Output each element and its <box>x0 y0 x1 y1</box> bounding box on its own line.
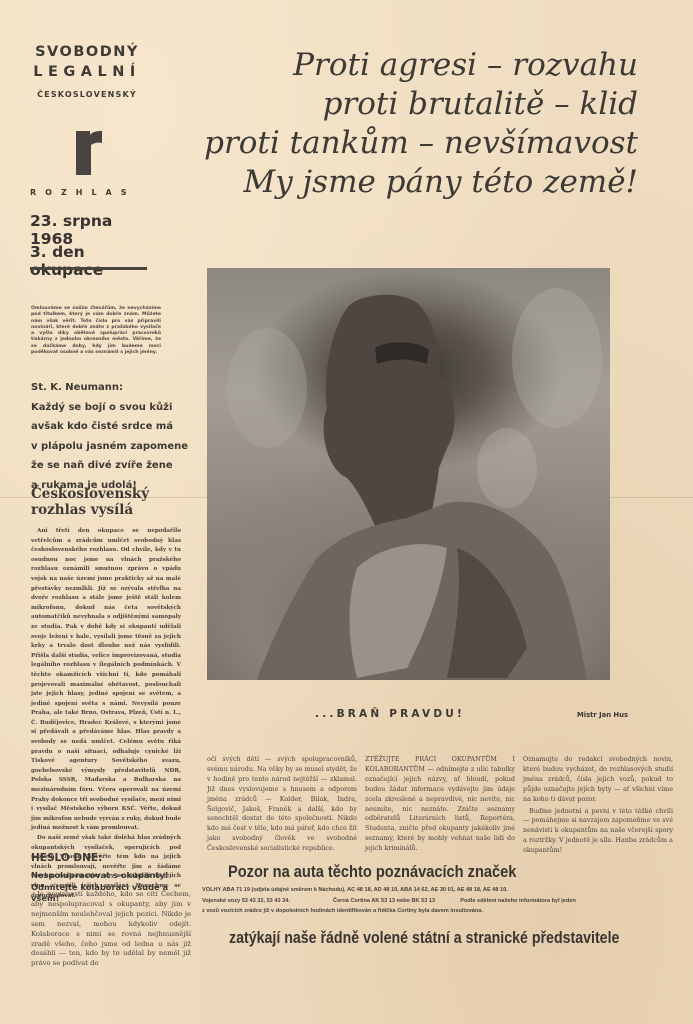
column-1: očí svých dětí — svých spolupracovníků, … <box>207 755 357 854</box>
column-2: ZTĚŽUJTE PRÁCI OKUPANTŮM I KOLABORANTŮM … <box>365 755 515 854</box>
license-plates-title: Pozor na auta těchto poznávacích značek <box>228 862 516 882</box>
masthead: SVOBODNÝ LEGALNÍ ČESKOSLOVENSKÝ <box>28 44 146 99</box>
headline-line: proti tankům – nevšímavost <box>200 124 638 163</box>
masthead-line-svobodny: SVOBODNÝ <box>28 44 146 60</box>
footer-headline: zatýkají naše řádně volené státní a stra… <box>229 929 619 948</box>
masthead-divider <box>30 267 147 270</box>
photo-credit: Mistr Jan Hus <box>577 711 628 719</box>
plates-row: VOLHY ABA 71 19 (odjela údajně směrem k … <box>202 885 682 896</box>
bust-silhouette-icon <box>207 268 610 680</box>
headline-line: My jsme pány této země! <box>200 163 638 202</box>
column-paragraph: Buďme jednotní a pevní v této těžké chví… <box>523 807 673 857</box>
apology-notice: Omlouváme se našim čtenářům, že nevycház… <box>31 306 161 356</box>
poem-line: Každý se bojí o svou kůži <box>31 398 191 418</box>
poem-line: avšak kdo čisté srdce má <box>31 417 191 437</box>
column-paragraph: očí svých dětí — svých spolupracovníků, … <box>207 755 357 854</box>
plates-informant: Podle sdělení našeho informátora byl jed… <box>460 898 576 904</box>
masthead-line-ceskoslovensky: ČESKOSLOVENSKÝ <box>28 90 146 99</box>
headline-line: Proti agresi – rozvahu <box>200 46 638 85</box>
article-title: Československý rozhlas vysílá <box>31 486 191 518</box>
motto-body: Je povinností každého, kdo se cítí Čeche… <box>31 890 191 969</box>
article-title-line: Československý <box>31 486 191 502</box>
article-paragraph: Ani třetí den okupace se nepodařilo vetř… <box>31 527 181 834</box>
poem-author: St. K. Neumann: <box>31 378 191 398</box>
poem-line: v plápolu jasném zapomene <box>31 437 191 457</box>
plates-row: Vojenské vozy 53 43 32, 53 43 34. Černá … <box>202 896 682 907</box>
plates-cortina: Černá Cortina AK 53 13 nebo BK 53 13 <box>333 898 435 904</box>
column-3: Oznamujte do redakcí svobodných novin, k… <box>523 755 673 856</box>
plates-military: Vojenské vozy 53 43 32, 53 43 34. <box>202 898 290 904</box>
masthead-line-legalni: LEGALNÍ <box>28 64 146 80</box>
column-paragraph: Oznamujte do redakcí svobodných novin, k… <box>523 755 673 805</box>
column-paragraph: ZTĚŽUJTE PRÁCI OKUPANTŮM I KOLABORANTŮM … <box>365 755 515 854</box>
license-plates-list: VOLHY ABA 71 19 (odjela údajně směrem k … <box>202 885 682 917</box>
radio-r-logo-icon <box>76 131 102 175</box>
main-headline: Proti agresi – rozvahu proti brutalitě –… <box>200 46 638 202</box>
poem-line: že se naň divé zvíře žene <box>31 456 191 476</box>
occupation-day: 3. den okupace <box>30 243 150 279</box>
motto-line: Nespolupracovat s okupanty! <box>31 870 196 882</box>
photo-caption: ...BRAŇ PRAVDU! <box>315 708 465 720</box>
article-title-line: rozhlas vysílá <box>31 502 191 518</box>
plates-row: z vozů vozících zrádce již v dopoledních… <box>202 906 682 917</box>
neumann-poem: St. K. Neumann: Každý se bojí o svou kůž… <box>31 378 191 495</box>
headline-line: proti brutalitě – klid <box>200 85 638 124</box>
motto-title: HESLO DNE: <box>31 852 102 864</box>
jan-hus-bust-photo <box>207 268 610 680</box>
masthead-rozhlas: ROZHLAS <box>30 188 148 197</box>
article-body: Ani třetí den okupace se nepodařilo vetř… <box>31 527 181 901</box>
